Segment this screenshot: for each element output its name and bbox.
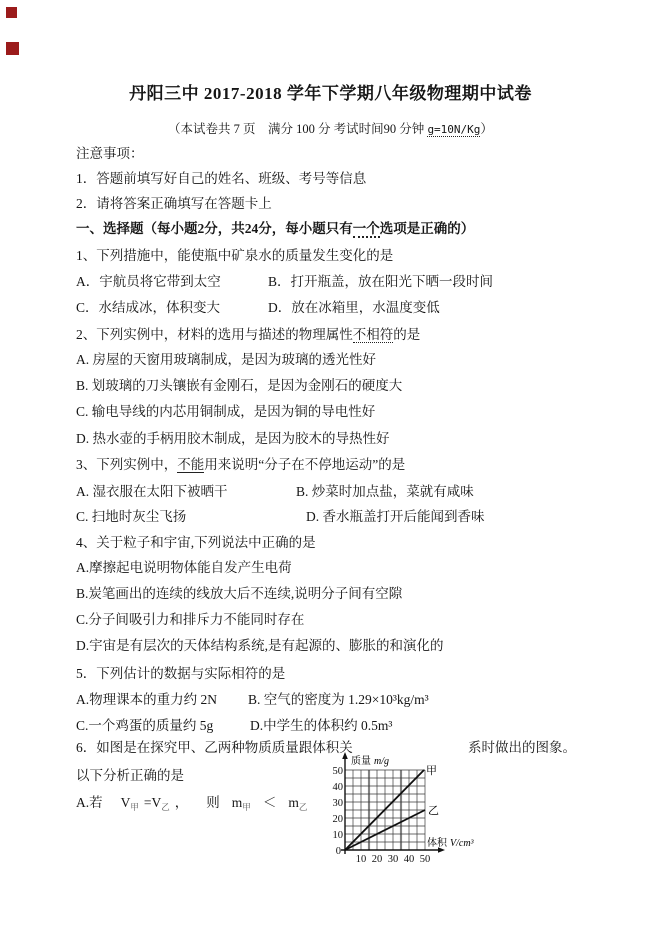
notice-heading: 注意事项： bbox=[76, 146, 144, 162]
question-2-stem-emphasis: 不相符 bbox=[353, 327, 394, 343]
question-2-option-a: A. 房屋的天窗用玻璃制成，是因为玻璃的透光性好 bbox=[76, 352, 376, 368]
y-tick-30: 30 bbox=[333, 798, 344, 809]
y-tick-labels: 50 40 30 20 10 0 bbox=[333, 766, 344, 857]
notice-item-1: 1．答题前填写好自己的姓名、班级、考号等信息 bbox=[76, 171, 366, 187]
x-tick-30: 30 bbox=[388, 854, 399, 865]
question-4-option-a: A.摩擦起电说明物体能自发产生电荷 bbox=[76, 560, 292, 576]
figure-mass-volume-graph: 质量 m/g 体积 V/cm³ 甲 乙 50 40 30 20 10 0 10 … bbox=[330, 748, 480, 876]
section-heading-pre: 一、选择题（每小题2分，共24分，每小题只有 bbox=[76, 221, 353, 236]
q6a-equals-v2: =V bbox=[144, 795, 161, 810]
y-tick-0: 0 bbox=[336, 846, 341, 857]
question-6-stem-left: 6．如图是在探究甲、乙两种物质质量跟体积关 bbox=[76, 740, 353, 756]
question-3-option-b: B. 炒菜时加点盐，菜就有咸味 bbox=[296, 484, 474, 500]
y-tick-10: 10 bbox=[333, 830, 344, 841]
q6a-v2-subscript: 乙 bbox=[161, 802, 170, 812]
exam-subtitle: （本试卷共 7 页 满分 100 分 考试时间90 分钟 g=10N/Kg） bbox=[0, 122, 661, 137]
x-tick-labels: 10 20 30 40 50 bbox=[356, 854, 431, 865]
exam-paper-page: 丹阳三中 2017-2018 学年下学期八年级物理期中试卷 （本试卷共 7 页 … bbox=[0, 0, 661, 935]
y-tick-40: 40 bbox=[333, 782, 344, 793]
y-axis-arrow-icon bbox=[342, 752, 348, 759]
q6a-v1: V bbox=[121, 795, 131, 810]
question-1-option-d: D．放在冰箱里，水温度变低 bbox=[268, 300, 440, 316]
question-1-option-a: A．宇航员将它带到太空 bbox=[76, 274, 221, 290]
question-6-option-a: A.若V甲=V乙，则m甲＜m乙 bbox=[76, 795, 307, 811]
q6a-less-than: ＜ bbox=[263, 795, 277, 810]
question-2-stem-post: 的是 bbox=[393, 327, 420, 342]
question-3-stem-post: 用来说明“分子在不停地运动”的是 bbox=[204, 457, 405, 472]
question-5-option-a: A.物理课本的重力约 2N bbox=[76, 692, 217, 708]
gravity-constant: g=10N/Kg bbox=[427, 123, 480, 137]
question-2-stem: 2、下列实例中，材料的选用与描述的物理属性不相符的是 bbox=[76, 327, 420, 343]
q6a-m2-subscript: 乙 bbox=[299, 802, 308, 812]
series-yi-label: 乙 bbox=[428, 804, 439, 817]
q6a-v1-subscript: 甲 bbox=[130, 802, 139, 812]
x-tick-10: 10 bbox=[356, 854, 367, 865]
section-heading-post: 选项是正确的） bbox=[380, 221, 475, 236]
question-3-stem: 3、下列实例中，不能用来说明“分子在不停地运动”的是 bbox=[76, 457, 405, 473]
question-4-option-d: D.宇宙是有层次的天体结构系统,是有起源的、膨胀的和演化的 bbox=[76, 638, 444, 654]
y-axis-label-symbol: m/g bbox=[374, 756, 389, 767]
question-2-option-d: D. 热水壶的手柄用胶木制成，是因为胶木的导热性好 bbox=[76, 431, 390, 447]
question-1-stem: 1、下列措施中，能使瓶中矿泉水的质量发生变化的是 bbox=[76, 248, 393, 264]
question-2-stem-pre: 2、下列实例中，材料的选用与描述的物理属性 bbox=[76, 327, 353, 342]
red-corner-mark-1 bbox=[6, 7, 17, 18]
x-tick-50: 50 bbox=[420, 854, 431, 865]
q6a-then: 则 bbox=[206, 795, 220, 810]
q6a-m1: m bbox=[232, 795, 243, 810]
question-5-option-b: B. 空气的密度为 1.29×10³kg/m³ bbox=[248, 692, 429, 708]
red-corner-mark-2 bbox=[6, 42, 19, 55]
question-4-option-b: B.炭笔画出的连续的线放大后不连续,说明分子间有空隙 bbox=[76, 586, 402, 602]
question-1-option-b: B．打开瓶盖，放在阳光下晒一段时间 bbox=[268, 274, 493, 290]
x-axis-label-symbol: V/cm³ bbox=[450, 838, 475, 849]
question-4-stem: 4、关于粒子和宇宙,下列说法中正确的是 bbox=[76, 535, 316, 551]
q6a-prefix: A.若 bbox=[76, 795, 103, 810]
question-6-stem-right: 系时做出的图象。 bbox=[468, 740, 576, 756]
question-6-line-2: 以下分析正确的是 bbox=[76, 768, 184, 784]
question-5-option-c: C.一个鸡蛋的质量约 5g bbox=[76, 718, 213, 734]
q6a-comma: ， bbox=[175, 795, 189, 810]
series-jia-label: 甲 bbox=[426, 764, 437, 777]
question-3-option-c: C. 扫地时灰尘飞扬 bbox=[76, 509, 186, 525]
question-5-stem: 5．下列估计的数据与实际相符的是 bbox=[76, 666, 285, 682]
question-3-option-a: A. 湿衣服在太阳下被晒干 bbox=[76, 484, 228, 500]
question-5-option-d: D.中学生的体积约 0.5m³ bbox=[250, 718, 392, 734]
subtitle-close-paren: ） bbox=[480, 122, 493, 136]
question-3-option-d: D. 香水瓶盖打开后能闻到香味 bbox=[306, 509, 485, 525]
question-4-option-c: C.分子间吸引力和排斥力不能同时存在 bbox=[76, 612, 304, 628]
q6a-m2: m bbox=[288, 795, 299, 810]
y-axis-label-cn: 质量 bbox=[351, 754, 371, 767]
subtitle-text: （本试卷共 7 页 满分 100 分 考试时间90 分钟 bbox=[168, 122, 427, 136]
question-2-option-c: C. 输电导线的内芯用铜制成，是因为铜的导电性好 bbox=[76, 404, 375, 420]
y-tick-50: 50 bbox=[333, 766, 344, 777]
question-3-stem-emphasis: 不能 bbox=[177, 457, 204, 473]
x-axis-label-cn: 体积 bbox=[427, 836, 448, 849]
question-2-option-b: B. 划玻璃的刀头镶嵌有金刚石，是因为金刚石的硬度大 bbox=[76, 378, 402, 394]
notice-item-2: 2．请将答案正确填写在答题卡上 bbox=[76, 196, 272, 212]
x-tick-40: 40 bbox=[404, 854, 415, 865]
q6a-m1-subscript: 甲 bbox=[242, 802, 251, 812]
question-1-option-c: C．水结成冰，体积变大 bbox=[76, 300, 220, 316]
x-tick-20: 20 bbox=[372, 854, 383, 865]
exam-title: 丹阳三中 2017-2018 学年下学期八年级物理期中试卷 bbox=[0, 84, 661, 104]
section-heading-emphasis: 一个 bbox=[353, 221, 380, 238]
y-tick-20: 20 bbox=[333, 814, 344, 825]
section-heading: 一、选择题（每小题2分，共24分，每小题只有一个选项是正确的） bbox=[76, 221, 474, 237]
question-3-stem-pre: 3、下列实例中， bbox=[76, 457, 177, 472]
